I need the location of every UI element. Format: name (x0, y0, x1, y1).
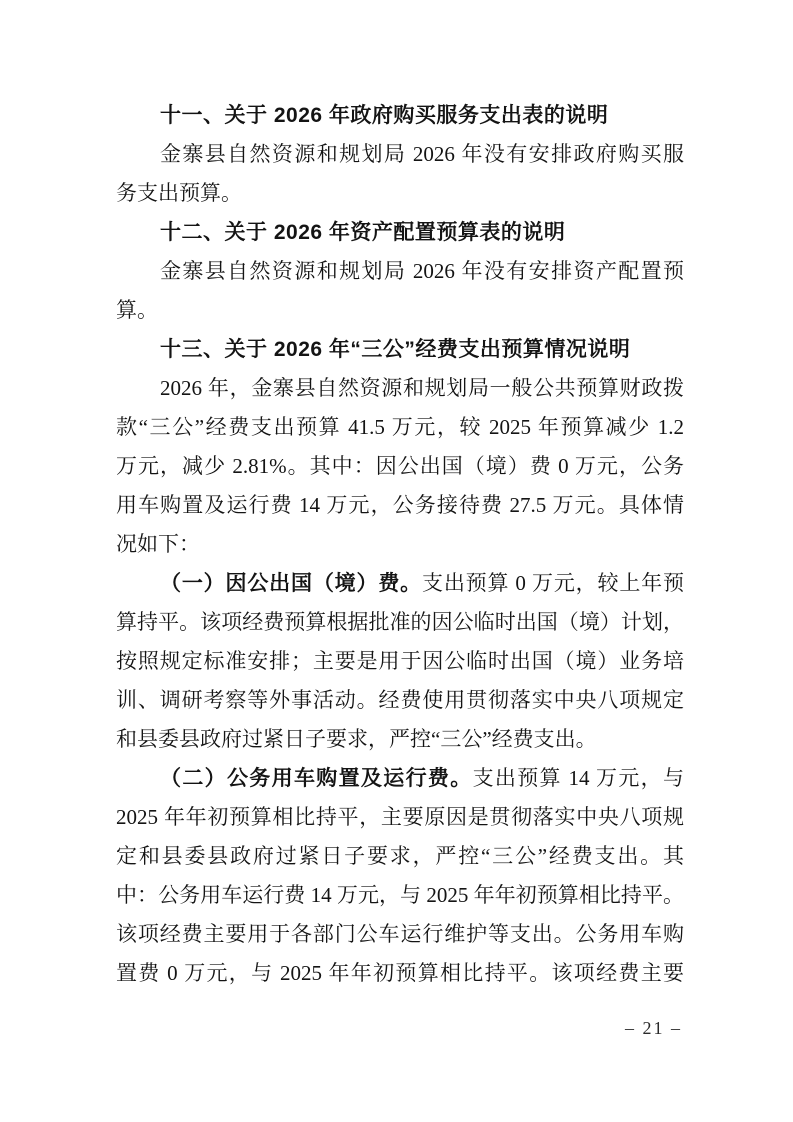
text-line: 2026 年，金寨县自然资源和规划局一般公共预算财政拨 (116, 369, 684, 408)
text-line: 金寨县自然资源和规划局 2026 年没有安排政府购买服 (116, 135, 684, 174)
text-line: 训、调研考察等外事活动。经费使用贯彻落实中央八项规定 (116, 681, 684, 720)
text-line: （二）公务用车购置及运行费。支出预算 14 万元，与 (116, 759, 684, 798)
text-line: 算。 (116, 291, 684, 330)
text-line: 万元，减少 2.81%。其中：因公出国（境）费 0 万元，公务 (116, 447, 684, 486)
text-line: 定和县委县政府过紧日子要求，严控“三公”经费支出。其 (116, 837, 684, 876)
page-number: – 21 – (625, 1017, 682, 1039)
text-line: 2025 年年初预算相比持平，主要原因是贯彻落实中央八项规 (116, 798, 684, 837)
section-heading-13: 十三、关于 2026 年“三公”经费支出预算情况说明 (116, 330, 684, 369)
document-body: 十一、关于 2026 年政府购买服务支出表的说明 金寨县自然资源和规划局 202… (116, 96, 684, 993)
document-page: 十一、关于 2026 年政府购买服务支出表的说明 金寨县自然资源和规划局 202… (0, 0, 793, 1122)
text-line: 务支出预算。 (116, 174, 684, 213)
text-line: （一）因公出国（境）费。支出预算 0 万元，较上年预 (116, 564, 684, 603)
text-line-rest: 支出预算 0 万元，较上年预 (422, 571, 684, 595)
paragraph-lead-item-2: （二）公务用车购置及运行费。 (160, 766, 473, 790)
section-heading-12: 十二、关于 2026 年资产配置预算表的说明 (116, 213, 684, 252)
text-line: 该项经费主要用于各部门公车运行维护等支出。公务用车购 (116, 915, 684, 954)
text-line: 算持平。该项经费预算根据批准的因公临时出国（境）计划， (116, 603, 684, 642)
text-line: 金寨县自然资源和规划局 2026 年没有安排资产配置预 (116, 252, 684, 291)
text-line: 置费 0 万元，与 2025 年年初预算相比持平。该项经费主要 (116, 954, 684, 993)
text-line: 用车购置及运行费 14 万元，公务接待费 27.5 万元。具体情 (116, 486, 684, 525)
text-line-rest: 支出预算 14 万元，与 (473, 766, 684, 790)
text-line: 和县委县政府过紧日子要求，严控“三公”经费支出。 (116, 720, 684, 759)
text-line: 款“三公”经费支出预算 41.5 万元，较 2025 年预算减少 1.2 (116, 408, 684, 447)
text-line: 按照规定标准安排；主要是用于因公临时出国（境）业务培 (116, 642, 684, 681)
text-line: 况如下： (116, 525, 684, 564)
paragraph-lead-item-1: （一）因公出国（境）费。 (160, 571, 422, 595)
text-line: 中：公务用车运行费 14 万元，与 2025 年年初预算相比持平。 (116, 876, 684, 915)
section-heading-11: 十一、关于 2026 年政府购买服务支出表的说明 (116, 96, 684, 135)
